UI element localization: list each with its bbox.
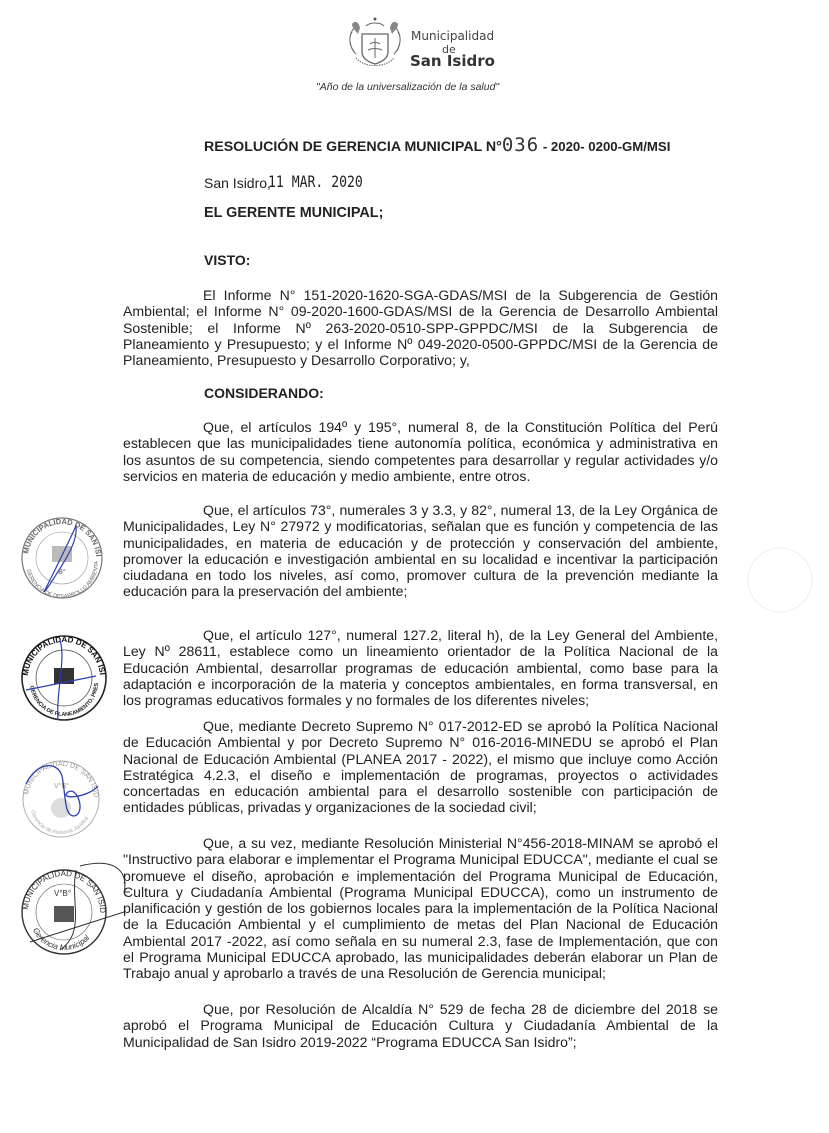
svg-text:V°B°: V°B°: [54, 889, 71, 898]
paragraph-text: El Informe N° 151-2020-1620-SGA-GDAS/MSI…: [123, 287, 718, 368]
faint-stamp-mark: [740, 540, 820, 620]
considerando-paragraph-2: Que, el artículos 73°, numerales 3 y 3.3…: [123, 502, 718, 600]
city-label: San Isidro,: [204, 175, 271, 191]
date-stamp: 11 MAR. 2020: [268, 172, 363, 191]
approval-stamp-legal: MUNICIPALIDAD DE SAN ISIDRO Gerencia de …: [18, 756, 104, 842]
coat-of-arms-icon: [346, 14, 404, 70]
svg-text:MUNICIPALIDAD DE SAN ISIDRO: MUNICIPALIDAD DE SAN ISIDRO: [20, 862, 107, 913]
approval-stamp-gdas: MUNICIPALIDAD DE SAN ISIDRO GERENCIA DE …: [14, 512, 110, 604]
considerando-paragraph-6: Que, por Resolución de Alcaldía N° 529 d…: [123, 1001, 718, 1050]
visto-paragraph: El Informe N° 151-2020-1620-SGA-GDAS/MSI…: [123, 287, 718, 368]
heading-gerente: EL GERENTE MUNICIPAL;: [204, 205, 383, 221]
resolution-title-prefix: RESOLUCIÓN DE GERENCIA MUNICIPAL N°: [204, 139, 502, 155]
paragraph-text: Que, mediante Decreto Supremo N° 017-201…: [123, 718, 718, 816]
heading-considerando: CONSIDERANDO:: [204, 385, 324, 401]
paragraph-text: Que, el artículo 127°, numeral 127.2, li…: [123, 627, 718, 708]
resolution-number: 036: [502, 134, 539, 156]
paragraph-text: Que, por Resolución de Alcaldía N° 529 d…: [123, 1001, 718, 1050]
year-motto: "Año de la universalización de la salud": [316, 81, 499, 93]
paragraph-text: Que, a su vez, mediante Resolución Minis…: [123, 835, 718, 982]
paragraph-text: Que, el artículos 194º y 195°, numeral 8…: [123, 419, 718, 484]
org-name-line3: San Isidro: [410, 52, 495, 70]
considerando-paragraph-1: Que, el artículos 194º y 195°, numeral 8…: [123, 419, 718, 484]
org-name-line1: Municipalidad: [411, 29, 494, 43]
svg-text:V°B°: V°B°: [54, 782, 69, 790]
resolution-title: RESOLUCIÓN DE GERENCIA MUNICIPAL N°036 -…: [204, 134, 670, 156]
considerando-paragraph-5: Que, a su vez, mediante Resolución Minis…: [123, 835, 718, 982]
heading-visto: VISTO:: [204, 252, 250, 268]
approval-stamp-gppdc: MUNICIPALIDAD DE SAN ISIDRO GERENCIA DE …: [16, 630, 112, 726]
resolution-title-suffix: - 2020- 0200-GM/MSI: [539, 139, 670, 154]
paragraph-text: Que, el artículos 73°, numerales 3 y 3.3…: [123, 502, 718, 600]
approval-stamp-gerencia-municipal: MUNICIPALIDAD DE SAN ISIDRO Gerencia Mun…: [20, 862, 130, 958]
considerando-paragraph-4: Que, mediante Decreto Supremo N° 017-201…: [123, 718, 718, 816]
considerando-paragraph-3: Que, el artículo 127°, numeral 127.2, li…: [123, 627, 718, 708]
